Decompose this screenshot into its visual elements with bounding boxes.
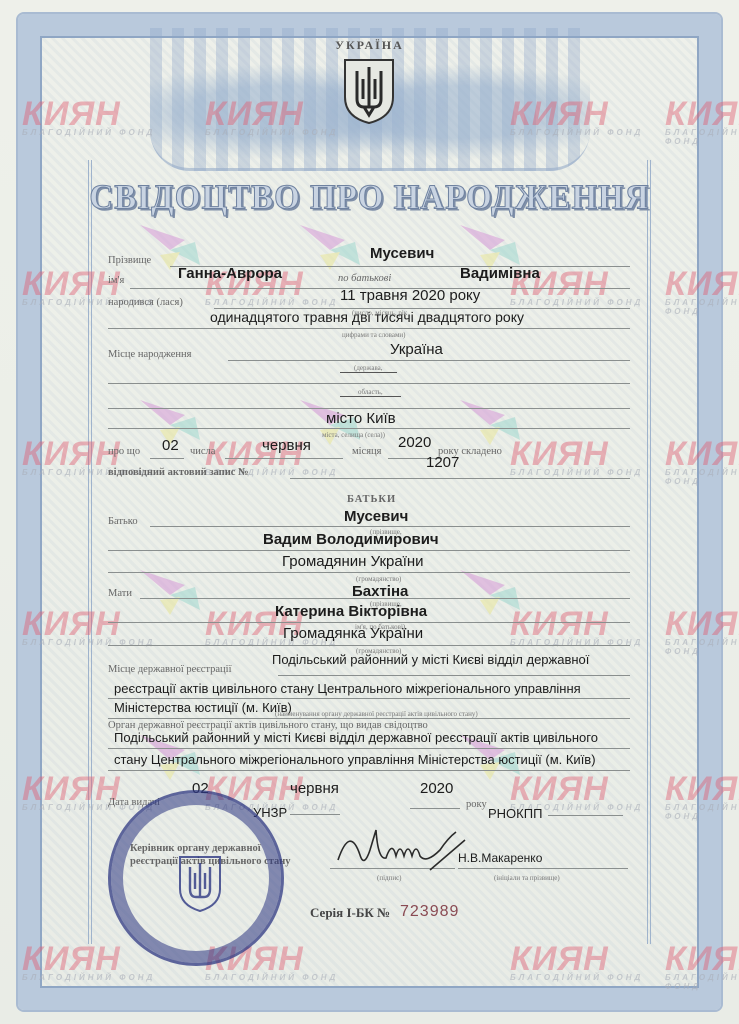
document-title: СВІДОЦТВО ПРО НАРОДЖЕННЯ xyxy=(0,179,739,218)
mother-surname: Бахтіна xyxy=(352,583,408,600)
underline xyxy=(548,815,623,816)
registration-place-line1: Подільський районний у місті Києві відді… xyxy=(272,652,589,667)
mother-citizenship: Громадянка України xyxy=(283,625,423,642)
underline xyxy=(108,328,630,329)
month-label: місяця xyxy=(352,446,382,457)
surname-label: Прізвище xyxy=(108,255,151,266)
underline xyxy=(150,526,630,527)
birthplace-label: Місце народження xyxy=(108,349,191,360)
stamp-trident-icon xyxy=(178,855,222,913)
name-label: ім'я xyxy=(108,275,124,286)
caption: (найменування органу державної реєстраці… xyxy=(275,710,478,718)
mother-name: Катерина Вікторівна xyxy=(275,603,427,620)
caption: цифрами та словами) xyxy=(342,331,406,339)
underline xyxy=(290,478,630,479)
caption: (ініціали та прізвище) xyxy=(494,874,560,882)
birthplace-country: Україна xyxy=(390,341,443,358)
underline xyxy=(108,550,630,551)
birthplace-city: місто Київ xyxy=(326,410,396,427)
underline xyxy=(228,360,630,361)
signature-mark xyxy=(330,820,480,880)
series-label: Серія І-БК № xyxy=(310,905,390,921)
record-year: 2020 xyxy=(398,434,431,451)
issue-year: 2020 xyxy=(420,780,453,797)
underline xyxy=(108,748,630,749)
record-day: 02 xyxy=(162,437,179,454)
trident-emblem-icon xyxy=(342,57,396,125)
patronymic-label: по батькові xyxy=(338,273,391,284)
day-label: числа xyxy=(190,446,215,457)
underline xyxy=(150,458,184,459)
underline xyxy=(278,675,630,676)
about-label: про що xyxy=(108,446,140,457)
caption: міста, селища (села)) xyxy=(322,431,385,439)
registration-place-line2: реєстрації актів цивільного стану Центра… xyxy=(114,681,581,696)
issue-month: червня xyxy=(290,780,339,797)
underline xyxy=(410,808,460,809)
father-citizenship: Громадянин України xyxy=(282,553,424,570)
born-label: народився (лася) xyxy=(108,297,183,308)
underline xyxy=(108,718,630,719)
record-number: 1207 xyxy=(426,454,459,471)
parents-heading: БАТЬКИ xyxy=(347,494,396,505)
country-heading: УКРАЇНА xyxy=(0,38,739,53)
father-surname: Мусевич xyxy=(344,508,408,525)
mother-label: Мати xyxy=(108,588,132,599)
issue-year-label: року xyxy=(466,799,487,810)
child-patronymic: Вадимівна xyxy=(460,265,540,282)
underline xyxy=(458,868,628,869)
birth-date-words: одинадцятого травня дві тисячі двадцятог… xyxy=(210,309,524,325)
underline xyxy=(108,645,630,646)
underline xyxy=(108,770,630,771)
issuer-line2: стану Центрального міжрегіонального упра… xyxy=(114,752,596,767)
underline xyxy=(108,572,630,573)
caption: (держава, xyxy=(340,364,397,373)
underline xyxy=(108,383,630,384)
record-label: відповідний актовий запис № xyxy=(108,467,249,478)
caption: область, xyxy=(340,388,401,397)
child-name: Ганна-Аврора xyxy=(178,265,282,282)
serial-number: 723989 xyxy=(400,903,459,921)
underline xyxy=(108,428,630,429)
underline xyxy=(290,814,340,815)
child-surname: Мусевич xyxy=(370,245,434,262)
underline xyxy=(225,458,343,459)
father-label: Батько xyxy=(108,516,138,527)
father-name: Вадим Володимирович xyxy=(263,531,439,548)
rnokpp-label: РНОКПП xyxy=(488,806,542,821)
certificate-sheet: УКРАЇНА СВІДОЦТВО ПРО НАРОДЖЕННЯ КИЯНБЛА… xyxy=(0,0,739,1024)
registration-place-label: Місце державної реєстрації xyxy=(108,664,232,675)
underline xyxy=(108,408,630,409)
underline xyxy=(108,698,630,699)
registration-place-line3: Міністерства юстиції (м. Київ) xyxy=(114,700,292,715)
issuer-line1: Подільський районний у місті Києві відді… xyxy=(114,730,598,745)
caption: (громадянство) xyxy=(356,575,401,583)
record-month: червня xyxy=(262,437,311,454)
birth-date-digits: 11 травня 2020 року xyxy=(340,287,480,304)
